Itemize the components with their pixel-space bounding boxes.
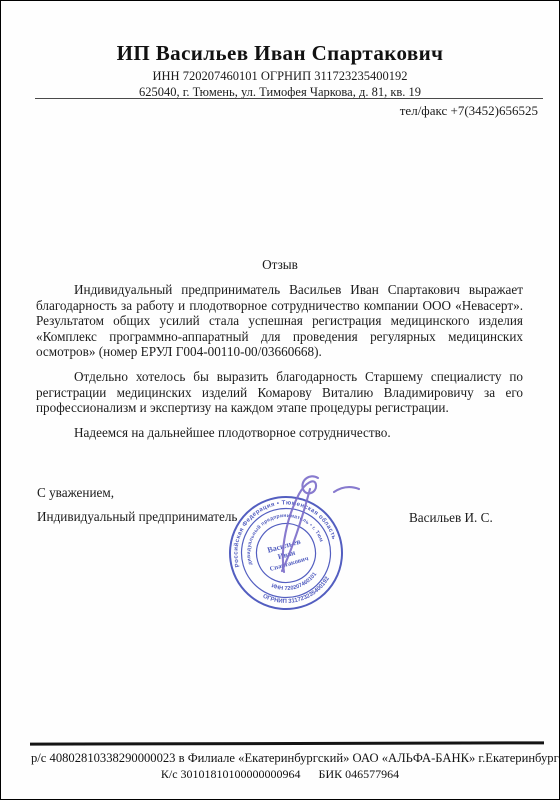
signature-dash-stroke	[334, 487, 359, 492]
document-body: Индивидуальный предприниматель Васильев …	[36, 282, 523, 449]
closing-signer-role: Индивидуальный предприниматель	[37, 509, 237, 525]
footer-bik: БИК 046577964	[319, 767, 400, 781]
handwritten-signature	[253, 465, 365, 579]
closing-regards: С уважением,	[37, 485, 114, 501]
body-paragraph: Индивидуальный предприниматель Васильев …	[36, 282, 523, 360]
document-heading: Отзыв	[1, 257, 559, 273]
phone-fax-line: тел/факс +7(3452)656525	[400, 103, 538, 119]
footer-accounts-line: К/с 30101810100000000964БИК 046577964	[1, 767, 559, 782]
signature-graphic	[253, 465, 365, 579]
letterhead-title: ИП Васильев Иван Спартакович	[1, 41, 559, 66]
footer-rule	[30, 741, 544, 745]
body-paragraph: Надеемся на дальнейшее плодотворное сотр…	[36, 425, 523, 441]
footer-bank-line: р/с 40802810338290000023 в Филиале «Екат…	[31, 751, 537, 766]
footer-corr-account: К/с 30101810100000000964	[161, 767, 301, 781]
closing-signer-name: Васильев И. С.	[409, 510, 493, 526]
letterhead: ИП Васильев Иван Спартакович ИНН 7202074…	[1, 41, 559, 100]
body-paragraph: Отдельно хотелось бы выразить благодарно…	[36, 369, 523, 416]
header-rule	[35, 98, 543, 99]
scanned-letter-page: ИП Васильев Иван Спартакович ИНН 7202074…	[0, 0, 560, 800]
letterhead-registration-line: ИНН 720207460101 ОГРНИП 311723235400192	[1, 69, 559, 84]
